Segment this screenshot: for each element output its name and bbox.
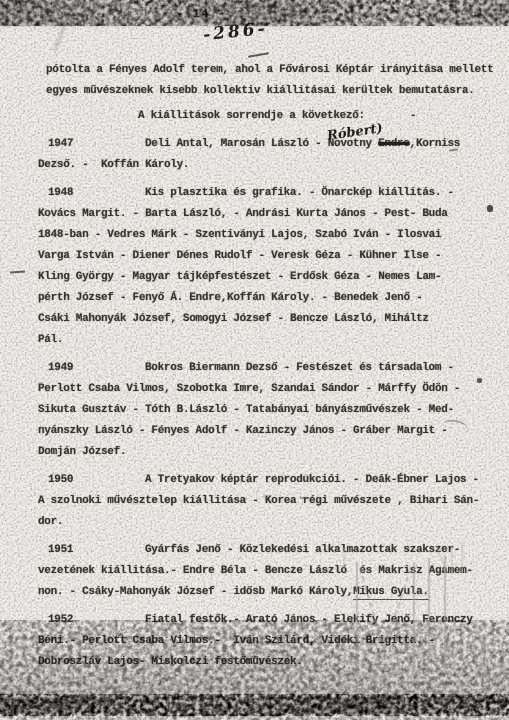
entry-1952-line1: 1952Fiatal festők.- Arató János - Elekif… — [38, 610, 498, 631]
year-label-1949: 1949 — [38, 358, 145, 379]
year-label-1947: 1947 — [38, 134, 145, 155]
year-label-1952: 1952 — [38, 610, 145, 631]
trailing-dash: - — [410, 106, 416, 127]
intro-line: pótolta a Fényes Adolf terem, ahol a Főv… — [38, 60, 498, 81]
entry-1948-line2: Kovács Margit. - Barta László, - Andrási… — [38, 204, 498, 225]
entry-1951-line3: non. - Csáky-Mahonyák József - idősb Mar… — [38, 582, 498, 603]
year-label-1948: 1948 — [38, 183, 145, 204]
scanned-document-page: - 14 - -286- Róbert) pótolta a Fényes Ad… — [0, 0, 509, 720]
typed-text-block: pótolta a Fényes Adolf terem, ahol a Főv… — [38, 60, 498, 673]
year-label-1951: 1951 — [38, 540, 145, 561]
intro-heading-text: A kiállitások sorrendje a következő: — [138, 110, 365, 122]
entry-text: Gyárfás Jenő - Közlekedési alkalmazottak… — [145, 544, 460, 556]
entry-text: A Tretyakov képtár reprodukciói. - Deák-… — [145, 474, 479, 486]
entry-1948-line6: pérth József - Fenyő Á. Endre,Koffán Kár… — [38, 288, 498, 309]
entry-1949-line1: 1949Bokros Biermann Dezső - Festészet és… — [38, 358, 498, 379]
underlined-name: Mikus Gyula. — [353, 586, 429, 600]
intro-line: egyes művészeknek kisebb kollektiv kiáll… — [38, 81, 498, 102]
entry-1948-line5: Kling György - Magyar tájképfestészet - … — [38, 267, 498, 288]
entry-1948-line1: 1948Kis plasztika és grafika. - Önarckép… — [38, 183, 498, 204]
margin-dash-mark — [10, 270, 25, 273]
struck-out-name: Endre — [378, 138, 410, 150]
entry-1947-line1: 1947Deli Antal, Marosán László - Novotny… — [38, 134, 498, 155]
entry-1951-line1: 1951Gyárfás Jenő - Közlekedési alkalmazo… — [38, 540, 498, 561]
entry-1950-line1: 1950A Tretyakov képtár reprodukciói. - D… — [38, 470, 498, 491]
entry-1948-line7: Csáki Mahonyák József, Somogyi József - … — [38, 309, 498, 330]
entry-1952-line2: Béni.- Perlott Csaba Vilmos.- Iván Szilá… — [38, 631, 498, 652]
stray-dash-mark — [300, 497, 309, 499]
entry-1949-line4: nyánszky László - Fényes Adolf - Kazincz… — [38, 421, 498, 442]
entry-1951-line2: vezetének kiállitása.- Endre Béla - Benc… — [38, 561, 498, 582]
page-number: - 14 - — [176, 8, 226, 21]
ink-speck — [477, 378, 482, 383]
entry-1949-line3: Sikuta Gusztáv - Tóth B.László - Tatabán… — [38, 400, 498, 421]
entry-text: Kis plasztika és grafika. - Önarckép kiá… — [145, 187, 454, 199]
entry-text-pre: non. - Csáky-Mahonyák József - idősb Mar… — [38, 586, 353, 598]
entry-1950-line2: A szolnoki művésztelep kiállitása - Kore… — [38, 491, 498, 512]
pen-dash-mark — [248, 52, 269, 58]
entry-1949-line2: Perlott Csaba Vilmos, Szobotka Imre, Sza… — [38, 379, 498, 400]
intro-heading-line: A kiállitások sorrendje a következő:- — [38, 106, 498, 127]
entry-1948-line4: Varga István - Diener Dénes Rudolf - Ver… — [38, 246, 498, 267]
ink-speck — [487, 205, 493, 212]
scan-noise-band-bottom — [0, 697, 509, 714]
entry-text: Fiatal festők.- Arató János - Elekify Je… — [145, 614, 473, 626]
entry-text: Bokros Biermann Dezső - Festészet és tár… — [145, 362, 454, 374]
entry-1948-line8: Pál. — [38, 330, 498, 351]
entry-1948-line3: 1848-ban - Vedres Márk - Szentiványi Laj… — [38, 225, 498, 246]
entry-1947-line2: Dezső. - Koffán Károly. — [38, 155, 498, 176]
entry-text: Deli Antal, Marosán László - Novotny End… — [145, 138, 460, 150]
entry-1950-line3: dor. — [38, 512, 498, 533]
entry-1949-line5: Domján József. — [38, 442, 498, 463]
year-label-1950: 1950 — [38, 470, 145, 491]
entry-1952-line3: Dobroszláv Lajos- Miskolczi festőművésze… — [38, 652, 498, 673]
